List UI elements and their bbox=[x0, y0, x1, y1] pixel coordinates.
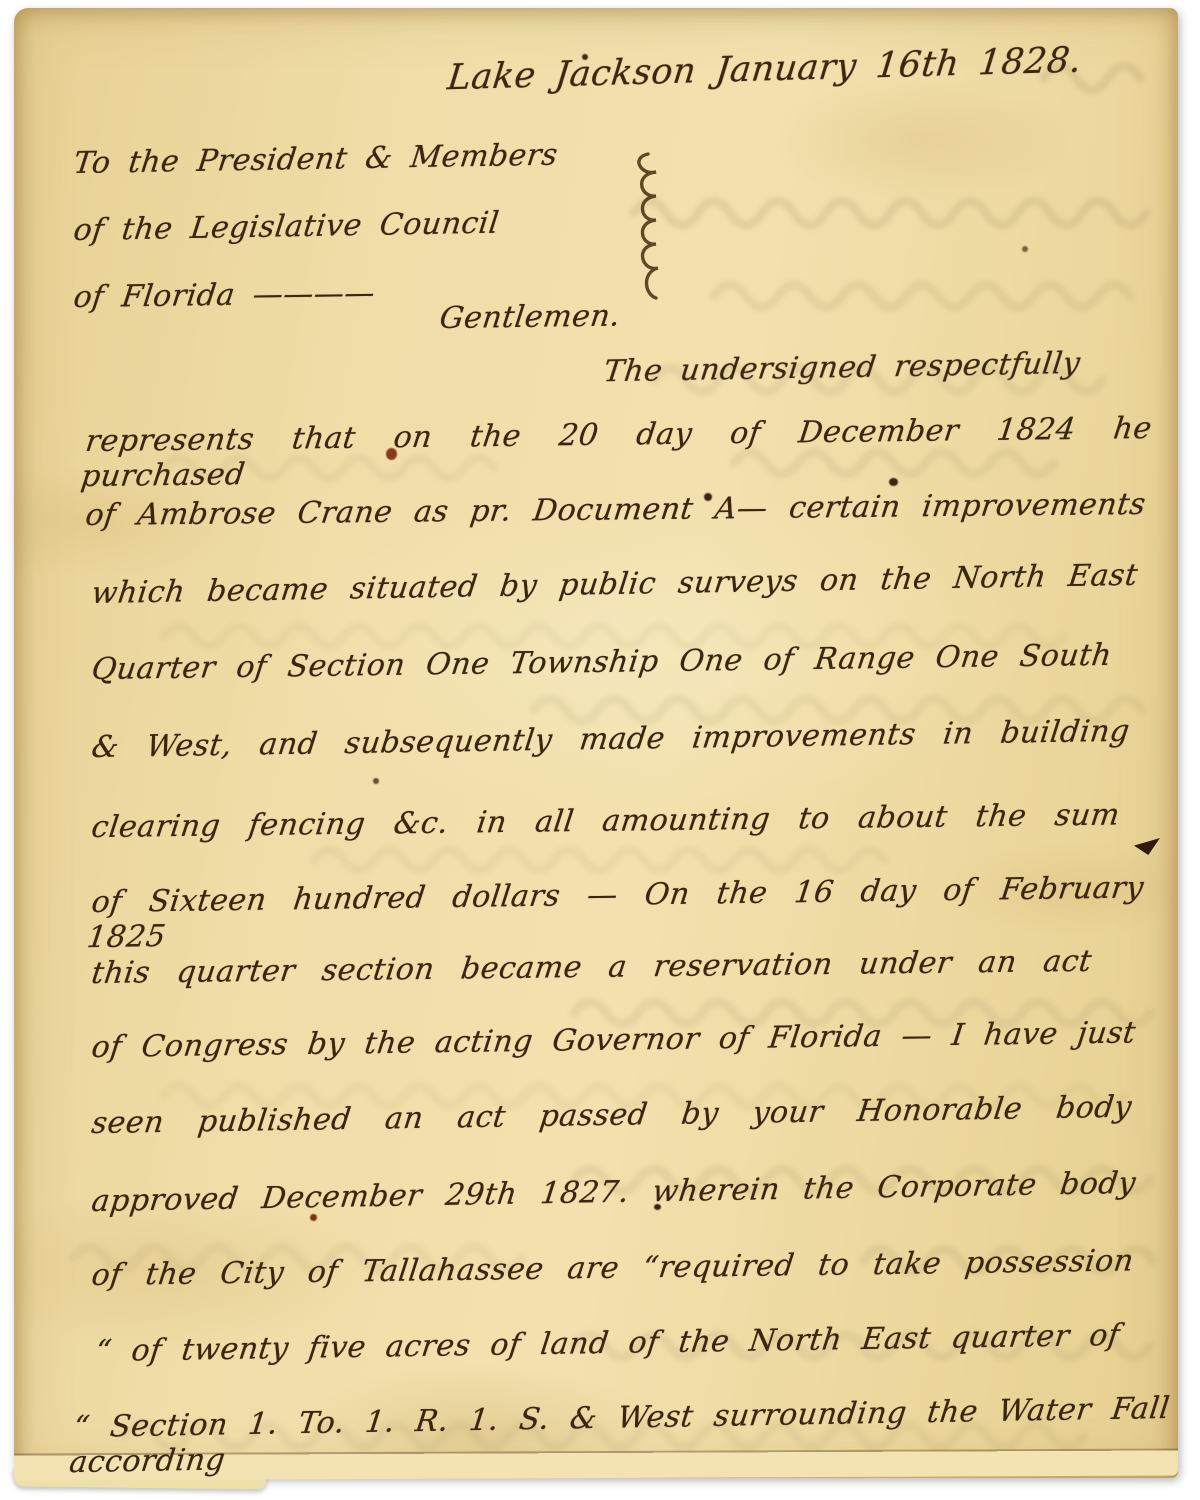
ink-blot bbox=[373, 778, 379, 784]
ink-blot bbox=[1022, 246, 1028, 252]
scanned-letter-page: { "document": { "kind": "handwritten-let… bbox=[0, 0, 1200, 1500]
address-line-2: of the Legislative Council bbox=[72, 206, 502, 249]
body-line-8: of Sixteen hundred dollars — On the 16 d… bbox=[85, 870, 1146, 955]
salutation: Gentlemen. bbox=[438, 298, 623, 336]
paper-sheet: Lake Jackson January 16th 1828. To the P… bbox=[14, 8, 1178, 1478]
brace-squiggle-icon bbox=[600, 148, 670, 318]
address-line-3: of Florida ———— bbox=[72, 276, 378, 315]
body-line-2: represents that on the 20 day of Decembe… bbox=[79, 411, 1154, 494]
